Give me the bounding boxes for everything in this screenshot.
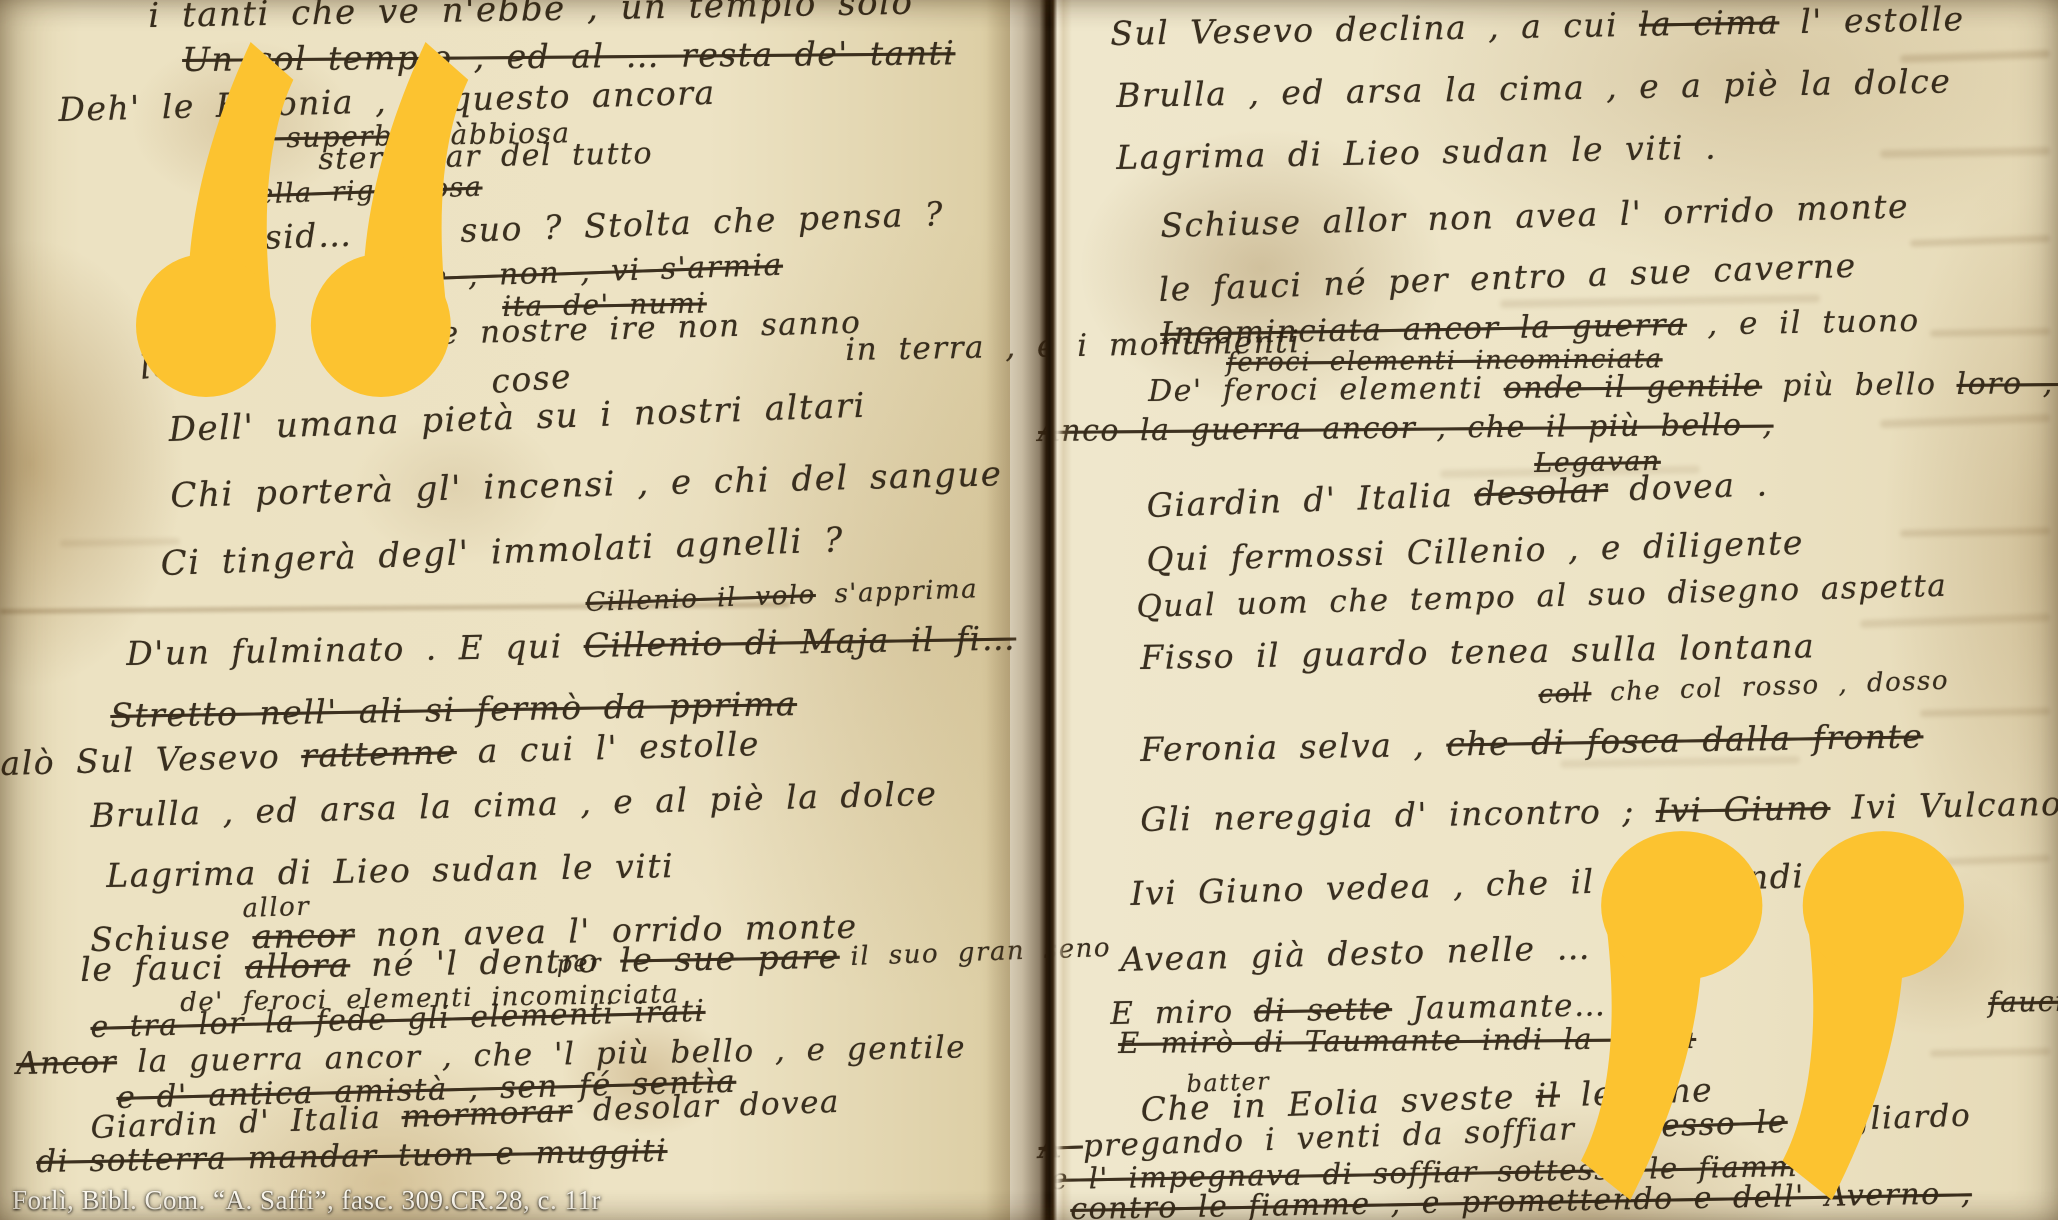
caption: Forlì, Bibl. Com. “A. Saffi”, fasc. 309.… bbox=[12, 1185, 601, 1216]
quote-comma bbox=[311, 42, 468, 397]
hand-text: l' estolle bbox=[1779, 0, 1965, 41]
struck-text: che di fosca dalla bbox=[1446, 718, 1813, 763]
struck-text: la cima bbox=[1639, 2, 1780, 43]
struck-text: desolar bbox=[1474, 470, 1609, 514]
hand-text: le fauci bbox=[80, 947, 245, 989]
struck-text: il bbox=[1535, 1075, 1560, 1115]
struck-text: Ancor bbox=[16, 1044, 117, 1082]
hand-text: né 'l dentro bbox=[350, 941, 621, 985]
close-quote-icon bbox=[1572, 828, 1964, 1200]
struck-text: A bbox=[1038, 1128, 1083, 1166]
struck-text: Anco la guerra ancor , che il più bello … bbox=[1038, 408, 1774, 449]
struck-text: onde il gentile bbox=[1504, 369, 1763, 406]
hand-text: D'un fulminato . E qui bbox=[126, 626, 584, 673]
struck-text: di sotterra mandar bbox=[36, 1138, 378, 1180]
manuscript-line: cose bbox=[490, 356, 573, 401]
struck-text: mormorar bbox=[401, 1093, 573, 1135]
struck-text: Cillenio di Maja il fi… bbox=[583, 618, 1016, 665]
hand-text: Feronia selva , bbox=[1140, 725, 1447, 769]
hand-text: cose bbox=[490, 356, 573, 401]
hand-text: De' feroci elementi bbox=[1148, 371, 1504, 409]
hand-text: s'apprima bbox=[815, 574, 978, 610]
open-quote-icon bbox=[136, 42, 476, 400]
manuscript-line: fauci bbox=[1988, 985, 2058, 1019]
struck-text: loro , e t… bbox=[1956, 365, 2058, 402]
hand-text: , e il tuono bbox=[1687, 303, 1920, 343]
quote-comma bbox=[1783, 831, 1964, 1200]
hand-text: Ivi Vulcano bbox=[1830, 784, 2058, 827]
manuscript-line: Anco la guerra ancor , che il più bello … bbox=[1038, 408, 1774, 449]
hand-text: dovea . bbox=[1607, 464, 1769, 509]
struck-text: coll bbox=[1538, 678, 1592, 710]
struck-text: fauci bbox=[1988, 985, 2058, 1019]
struck-text: fronte bbox=[1812, 716, 1924, 757]
struck-text: allora bbox=[245, 945, 351, 986]
hand-text: più bello bbox=[1762, 367, 1957, 404]
hand-text: alò Sul Vesevo bbox=[0, 736, 302, 783]
struck-text: rattenne bbox=[301, 732, 458, 775]
quote-comma bbox=[1581, 831, 1762, 1200]
hand-text: a cui l' estolle bbox=[456, 724, 760, 771]
struck-text: le sue pare bbox=[620, 937, 840, 980]
struck-text: tuon e muggiti bbox=[377, 1133, 667, 1174]
struck-text: Ivi Giuno bbox=[1656, 788, 1831, 830]
quote-comma bbox=[136, 42, 293, 397]
manuscript-photo: i tanti che ve n'ebbe , un tempio soloUn… bbox=[0, 0, 2058, 1220]
